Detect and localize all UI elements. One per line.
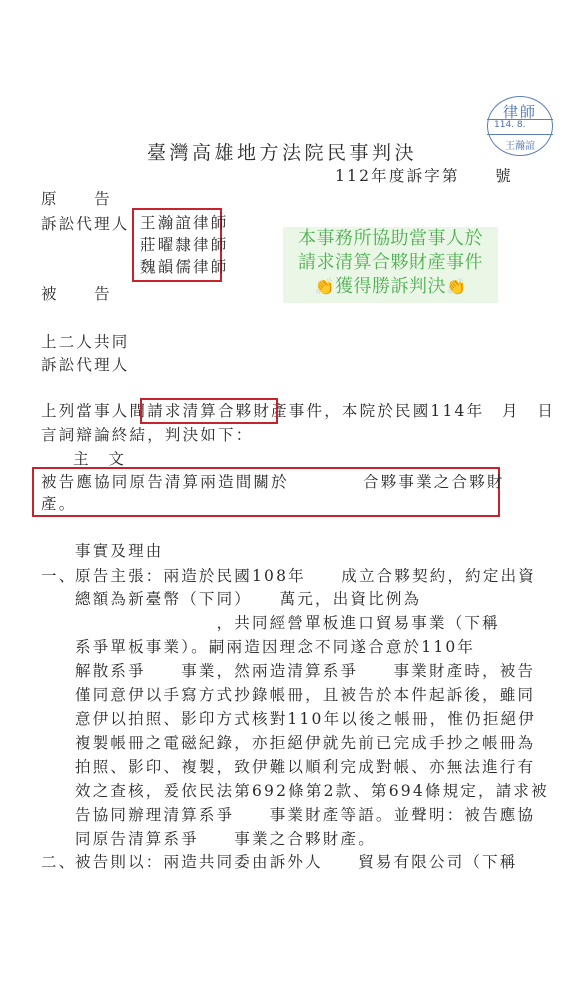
main-text-line-1b: 合夥事業之合夥財 bbox=[363, 475, 505, 491]
agent-2: 莊曜隸律師 bbox=[140, 238, 229, 254]
agent-3: 魏韻儒律師 bbox=[140, 260, 229, 276]
section-1-line: 總額為新臺幣（下同） 萬元，出資比例為 bbox=[75, 592, 421, 608]
clapping-hands-icon: 👏 bbox=[315, 277, 335, 296]
main-text-line-2: 產。 bbox=[41, 497, 76, 513]
clapping-hands-icon: 👏 bbox=[446, 277, 466, 296]
section-2-label: 二、 bbox=[41, 855, 76, 871]
section-1-label: 一、 bbox=[41, 569, 76, 585]
intro-line-1: 上列當事人間請求清算合夥財產事件，本院於民國114年 月 日 bbox=[41, 404, 555, 420]
case-type-highlight-box bbox=[140, 398, 278, 424]
joint-label: 上二人共同 bbox=[41, 335, 130, 351]
section-2-line: 被告則以：兩造共同委由訴外人 貿易有限公司（下稱 bbox=[75, 855, 518, 871]
promo-banner: 本事務所協助當事人於 請求清算合夥財產事件 👏獲得勝訴判決👏 bbox=[283, 227, 498, 303]
plaintiff-label: 原 告 bbox=[41, 192, 112, 208]
promo-line-1: 本事務所協助當事人於 bbox=[283, 227, 498, 251]
defendant-label: 被 告 bbox=[41, 287, 112, 303]
plaintiff-agent-label: 訴訟代理人 bbox=[41, 217, 130, 233]
section-1-line: 解散系爭 事業，然兩造清算系爭 事業財產時，被告 bbox=[75, 664, 535, 680]
agent-1: 王瀚誼律師 bbox=[140, 216, 229, 232]
facts-heading: 事實及理由 bbox=[75, 544, 164, 560]
section-1-line: 系爭單板事業）。嗣兩造因理念不同遂合意於110年 bbox=[75, 640, 475, 656]
main-text-heading: 主 文 bbox=[73, 452, 126, 468]
section-1-line: 同原告清算系爭 事業之合夥財產。 bbox=[75, 832, 376, 848]
section-1-line: 告協同辦理清算系爭 事業財產等語。並聲明：被告應協 bbox=[75, 808, 535, 824]
section-1-line: 效之查核，爰依民法第692條第2款、第694條規定，請求被 bbox=[75, 784, 549, 800]
intro-prefix: 上列當事人間 bbox=[41, 402, 147, 420]
section-1-line: 僅同意伊以手寫方式抄錄帳冊，且被告於本件起訴後，雖同 bbox=[75, 688, 535, 704]
lawyer-stamp: 律師 114. 8. 王瀚誼 bbox=[487, 96, 553, 156]
stamp-date: 114. 8. bbox=[494, 120, 526, 130]
promo-line-3: 獲得勝訴判決 bbox=[335, 276, 446, 297]
intro-line-2: 言詞辯論終結，判決如下： bbox=[41, 428, 253, 444]
section-1-line: 複製帳冊之電磁紀錄，亦拒絕伊就先前已完成手抄之帳冊為 bbox=[75, 736, 535, 752]
section-1-line: ，共同經營單板進口貿易事業（下稱 bbox=[75, 616, 500, 632]
case-number: 112年度訴字第 號 bbox=[335, 169, 513, 185]
section-1-line: 意伊以拍照、影印方式核對110年以後之帳冊，惟仍拒絕伊 bbox=[75, 712, 536, 728]
document-title: 臺灣高雄地方法院民事判決 bbox=[147, 138, 417, 165]
intro-suffix: ，本院於民國114年 月 日 bbox=[324, 402, 555, 420]
promo-line-2: 請求清算合夥財產事件 bbox=[283, 251, 498, 275]
section-1-line: 原告主張：兩造於民國108年 成立合夥契約，約定出資 bbox=[75, 569, 536, 585]
section-1-line: 拍照、影印、複製，致伊難以順利完成對帳、亦無法進行有 bbox=[75, 760, 535, 776]
defendant-agent-label: 訴訟代理人 bbox=[41, 358, 130, 374]
main-text-line-1a: 被告應協同原告清算兩造間關於 bbox=[41, 475, 289, 491]
stamp-name: 王瀚誼 bbox=[488, 137, 552, 152]
